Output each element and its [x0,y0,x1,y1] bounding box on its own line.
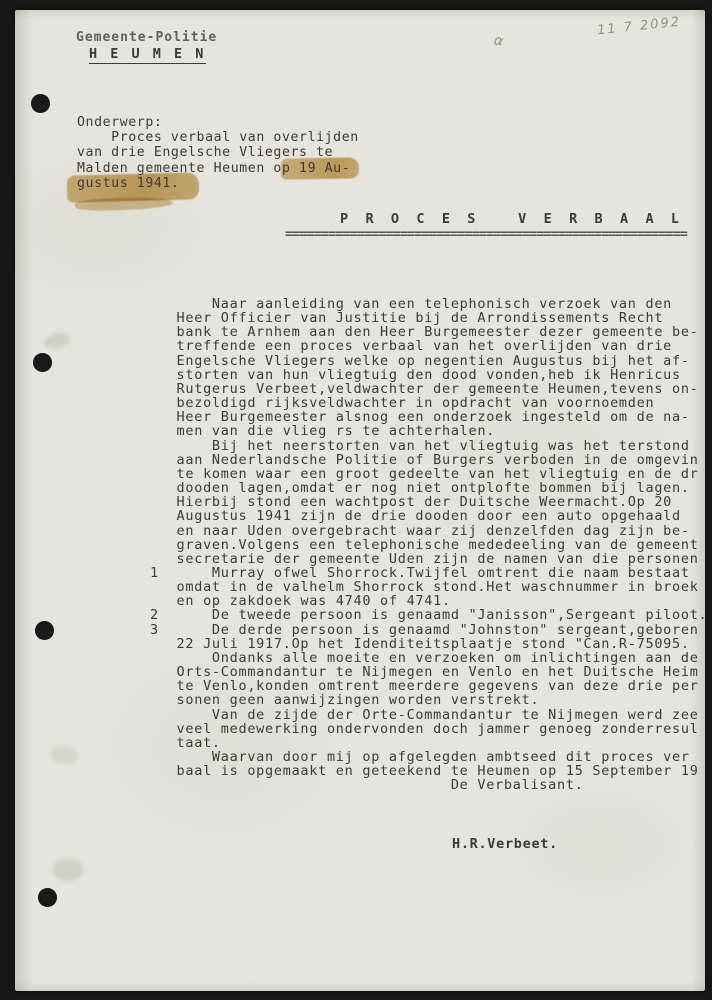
body-line: Heer Officier van Justitie bij de Arrond… [150,311,707,325]
body-line: 3 De derde persoon is genaamd "Johnston"… [150,623,707,637]
punch-hole [35,621,54,640]
header-municipality: H E U M E N [89,46,206,64]
report-title: P R O C E S V E R B A A L [340,211,684,227]
punch-hole [33,353,52,372]
body-line: baal is opgemaakt en geteekend te Heumen… [150,764,707,778]
body-line: en naar Uden overgebracht waar zij denze… [150,524,707,538]
subject-block: Onderwerp: Proces verbaal van overlijden… [77,115,359,191]
body-line: Van de zijde der Orte-Commandantur te Ni… [150,708,707,722]
body-line: Bij het neerstorten van het vliegtuig wa… [150,439,707,453]
body-line: taat. [150,736,707,750]
body-line: sonen geen aanwijzingen worden verstrekt… [150,693,707,707]
body-line: omdat in de valhelm Shorrock stond.Het w… [150,580,707,594]
body-line: aan Nederlandsche Politie of Burgers ver… [150,453,707,467]
body-line: en op zakdoek was 4740 of 4741. [150,594,707,608]
pencil-smudge [52,858,84,882]
body-line: Heer Burgemeester alsnog een onderzoek i… [150,410,707,424]
body-line: Hierbij stond een wachtpost der Duitsche… [150,495,707,509]
subject-line: Onderwerp: [77,115,359,130]
subject-line: gustus 1941. [77,176,359,191]
body-line: secretarie der gemeente Uden zijn de nam… [150,552,707,566]
body-line: Ondanks alle moeite en verzoeken om inli… [150,651,707,665]
body-line: bank te Arnhem aan den Heer Burgemeester… [150,325,707,339]
body-line: 22 Juli 1917.Op het Idenditeitsplaatje s… [150,637,707,651]
signature: H.R.Verbeet. [452,836,558,852]
body-line: De Verbalisant. [150,778,707,792]
subject-line: van drie Engelsche Vliegers te [77,145,359,160]
body-line: veel medewerking ondervonden doch jammer… [150,722,707,736]
body-line: te komen waar een groot gedeelte van het… [150,467,707,481]
body-line: Rutgerus Verbeet,veldwachter der gemeent… [150,382,707,396]
subject-line: Malden gemeente Heumen op 19 Au- [77,161,359,176]
report-body: Naar aanleiding van een telephonisch ver… [150,297,707,792]
body-line: Naar aanleiding van een telephonisch ver… [150,297,707,311]
body-line: 2 De tweede persoon is genaamd "Janisson… [150,608,707,622]
subject-line: Proces verbaal van overlijden [77,130,359,145]
header-organization: Gemeente-Politie [76,30,217,45]
title-underline: ========================================… [285,226,687,242]
body-line: bezoldigd rijksveldwachter in opdracht v… [150,396,707,410]
body-line: men van die vlieg rs te achterhalen. [150,424,707,438]
body-line: storten van hun vliegtuig den dood vonde… [150,368,707,382]
body-line: te Venlo,konden omtrent meerdere gegeven… [150,679,707,693]
body-line: Orts-Commandantur te Nijmegen en Venlo e… [150,665,707,679]
body-line: Engelsche Vliegers welke op negentien Au… [150,354,707,368]
body-line: 1 Murray ofwel Shorrock.Twijfel omtrent … [150,566,707,580]
document-scan: 11 7 2092 α Gemeente-Politie H E U M E N… [0,0,712,1000]
punch-hole [31,94,50,113]
body-line: dooden lagen,omdat er nog niet ontplofte… [150,481,707,495]
body-line: graven.Volgens een telephonische mededee… [150,538,707,552]
body-line: Waarvan door mij op afgelegden ambtseed … [150,750,707,764]
body-line: Augustus 1941 zijn de drie dooden door e… [150,509,707,523]
body-line: treffende een proces verbaal van het ove… [150,339,707,353]
punch-hole [38,888,57,907]
